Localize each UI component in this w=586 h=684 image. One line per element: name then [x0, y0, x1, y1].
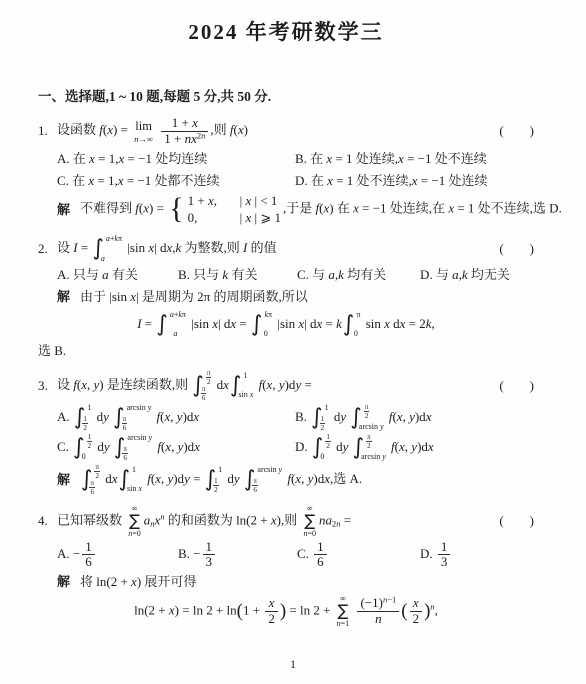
option-a: A. 只与 a 有关: [57, 265, 178, 285]
option-c: C. 与 a,k 均有关: [297, 265, 420, 285]
solution-text: ∫π2π6 dx∫1sin x f(x, y)dy = ∫112 dy ∫arc…: [80, 464, 362, 496]
options-list: A. 在 x = 1,x = −1 处均连续 B. 在 x = 1 处连续,x …: [57, 149, 534, 191]
display-formula: ln(2 + x) = ln 2 + ln(1 + x2) = ln 2 + ∞…: [38, 595, 534, 628]
question-3-body: A. ∫112 dy ∫arcsin yπ6 f(x, y)dx B. ∫112…: [38, 404, 534, 496]
options-list: A. 只与 a 有关 B. 只与 k 有关 C. 与 a,k 均有关 D. 与 …: [57, 265, 534, 285]
option-b: B. −13: [178, 540, 297, 570]
option-d: D. 在 x = 1 处不连续,x = −1 处连续: [295, 171, 534, 191]
option-b: B. 只与 k 有关: [178, 265, 297, 285]
option-a: A. 在 x = 1,x = −1 处均连续: [57, 149, 295, 169]
question-2-stem-row: 2. 设 I = ∫a+kπa |sin x| dx,k 为整数,则 I 的值 …: [38, 235, 534, 263]
answer-blank: ( ): [491, 121, 534, 141]
question-number: 4.: [38, 511, 57, 531]
solution-label: 解: [57, 572, 70, 592]
solution-intro: 由于 |sin x| 是周期为 2π 的周期函数,所以: [80, 287, 308, 307]
answer-blank: ( ): [491, 511, 534, 531]
question-stem: 已知幂级数 ∞∑n=0anxn 的和函数为 ln(2 + x),则 ∞∑n=0n…: [57, 505, 351, 538]
solution-row: 解 不难得到 f(x) = {1 + x,| x | < 10,| x | ⩾ …: [57, 193, 534, 227]
display-formula: I = ∫a+kπa |sin x| dx = ∫kπ0 |sin x| dx …: [38, 311, 534, 339]
question-3: 3. 设 f(x, y) 是连续函数,则 ∫π2π6 dx∫1sin x f(x…: [38, 370, 534, 496]
option-d: D. 13: [420, 540, 534, 570]
question-4-stem-row: 4. 已知幂级数 ∞∑n=0anxn 的和函数为 ln(2 + x),则 ∞∑n…: [38, 505, 534, 538]
option-c: C. 16: [297, 540, 420, 570]
solution-label: 解: [57, 200, 70, 220]
question-1-body: A. 在 x = 1,x = −1 处均连续 B. 在 x = 1 处连续,x …: [38, 149, 534, 227]
question-2: 2. 设 I = ∫a+kπa |sin x| dx,k 为整数,则 I 的值 …: [38, 235, 534, 360]
question-2-body: A. 只与 a 有关 B. 只与 k 有关 C. 与 a,k 均有关 D. 与 …: [38, 265, 534, 307]
option-d: D. 与 a,k 均无关: [420, 265, 534, 285]
option-c: C. 在 x = 1,x = −1 处都不连续: [57, 171, 295, 191]
exam-page: 2024 年考研数学三 一、选择题,1 ~ 10 题,每题 5 分,共 50 分…: [0, 0, 586, 684]
question-stem: 设函数 f(x) = limn→∞ 1 + x1 + nx2n,则 f(x): [57, 116, 248, 146]
solution-answer: 选 B.: [38, 341, 534, 361]
options-list: A. ∫112 dy ∫arcsin yπ6 f(x, y)dx B. ∫112…: [57, 404, 534, 462]
question-4-body: A. −16 B. −13 C. 16 D. 13 解 将 ln(2 + x) …: [38, 540, 534, 592]
solution-row: 解 由于 |sin x| 是周期为 2π 的周期函数,所以: [57, 287, 534, 307]
solution-label: 解: [57, 470, 70, 490]
option-a: A. −16: [57, 540, 178, 570]
question-1-stem-row: 1. 设函数 f(x) = limn→∞ 1 + x1 + nx2n,则 f(x…: [38, 116, 534, 146]
section-header: 一、选择题,1 ~ 10 题,每题 5 分,共 50 分.: [38, 87, 534, 108]
option-c: C. ∫120 dy ∫arcsin yπ6 f(x, y)dx: [57, 434, 295, 462]
question-3-stem-row: 3. 设 f(x, y) 是连续函数,则 ∫π2π6 dx∫1sin x f(x…: [38, 370, 534, 402]
solution-label: 解: [57, 287, 70, 307]
option-b: B. 在 x = 1 处连续,x = −1 处不连续: [295, 149, 534, 169]
solution-intro: 将 ln(2 + x) 展开可得: [80, 572, 196, 592]
option-d: D. ∫120 dy ∫π2arcsin y f(x, y)dx: [295, 434, 534, 462]
answer-blank: ( ): [491, 239, 534, 259]
option-b: B. ∫112 dy ∫π2arcsin y f(x, y)dx: [295, 404, 534, 432]
page-title: 2024 年考研数学三: [38, 16, 534, 49]
solution-text: 不难得到 f(x) = {1 + x,| x | < 10,| x | ⩾ 1,…: [80, 193, 562, 227]
question-4: 4. 已知幂级数 ∞∑n=0anxn 的和函数为 ln(2 + x),则 ∞∑n…: [38, 505, 534, 628]
solution-row: 解 ∫π2π6 dx∫1sin x f(x, y)dy = ∫112 dy ∫a…: [57, 464, 534, 496]
page-number: 1: [0, 655, 586, 674]
question-number: 3.: [38, 376, 57, 396]
question-number: 1.: [38, 121, 57, 141]
question-stem: 设 I = ∫a+kπa |sin x| dx,k 为整数,则 I 的值: [57, 235, 277, 263]
question-stem: 设 f(x, y) 是连续函数,则 ∫π2π6 dx∫1sin x f(x, y…: [57, 370, 312, 402]
answer-blank: ( ): [491, 376, 534, 396]
option-a: A. ∫112 dy ∫arcsin yπ6 f(x, y)dx: [57, 404, 295, 432]
question-number: 2.: [38, 239, 57, 259]
question-1: 1. 设函数 f(x) = limn→∞ 1 + x1 + nx2n,则 f(x…: [38, 116, 534, 226]
options-list: A. −16 B. −13 C. 16 D. 13: [57, 540, 534, 570]
solution-row: 解 将 ln(2 + x) 展开可得: [57, 572, 534, 592]
